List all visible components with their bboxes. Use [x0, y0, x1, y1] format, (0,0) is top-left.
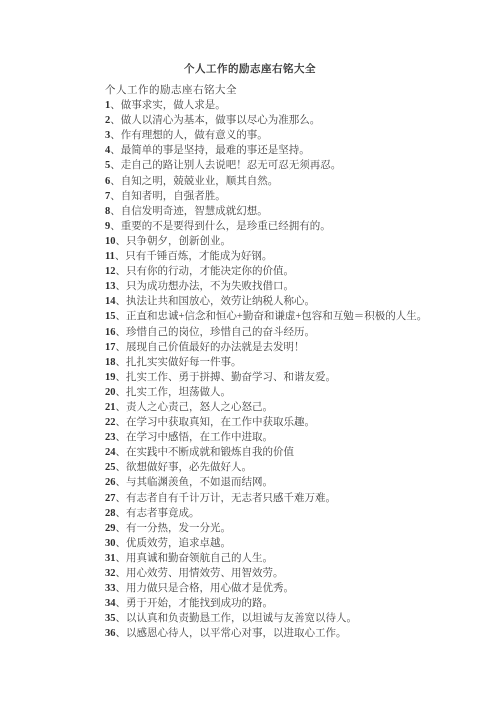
list-item: 32、用心效劳、用情效劳、用智效劳。 [105, 566, 485, 581]
item-text: 用力做只是合格，用心做才是优秀。 [126, 583, 294, 594]
item-number: 30 [105, 538, 116, 549]
item-text: 欲想做好事，必先做好人。 [126, 462, 252, 473]
item-text: 在学习中感悟，在工作中进取。 [126, 432, 273, 443]
item-number: 14 [105, 296, 116, 307]
item-text: 珍惜自己的岗位，珍惜自己的奋斗经历。 [126, 327, 315, 338]
list-item: 14、执法让共和国放心，效劳让纳税人称心。 [105, 294, 485, 309]
item-text: 扎实工作、勇于拼搏、勤奋学习、和谐友爱。 [126, 372, 336, 383]
list-item: 36、以感恩心待人，以平常心对事，以进取心工作。 [105, 626, 485, 641]
item-separator: 、 [116, 508, 127, 519]
list-item: 26、与其临渊羡鱼，不如退而结网。 [105, 475, 485, 490]
item-separator: 、 [110, 100, 121, 111]
item-separator: 、 [116, 266, 127, 277]
list-item: 9、重要的不是要得到什么，是珍重已经拥有的。 [105, 219, 485, 234]
item-text: 只争朝夕，创新创业。 [126, 236, 231, 247]
item-number: 13 [105, 281, 116, 292]
item-text: 在实践中不断成就和锻炼自我的价值 [126, 447, 294, 458]
item-text: 正直和忠诚+信念和恒心+勤奋和谦虚+包容和互勉＝积极的人生。 [126, 311, 427, 322]
item-separator: 、 [116, 538, 127, 549]
item-separator: 、 [116, 568, 127, 579]
item-text: 走自己的路让别人去说吧！忍无可忍无须再忍。 [121, 160, 342, 171]
list-item: 27、有志者自有千计万计，无志者只感千难万难。 [105, 491, 485, 506]
item-text: 勇于开始，才能找到成功的路。 [126, 598, 273, 609]
item-separator: 、 [116, 493, 127, 504]
item-number: 15 [105, 311, 116, 322]
item-separator: 、 [116, 462, 127, 473]
item-number: 24 [105, 447, 116, 458]
item-separator: 、 [116, 613, 127, 624]
item-separator: 、 [116, 296, 127, 307]
item-text: 与其临渊羡鱼，不如退而结网。 [126, 477, 273, 488]
item-text: 责人之心责己，怒人之心怒己。 [126, 402, 273, 413]
item-separator: 、 [116, 432, 127, 443]
item-number: 12 [105, 266, 116, 277]
item-separator: 、 [116, 357, 127, 368]
item-separator: 、 [115, 251, 126, 262]
list-item: 16、珍惜自己的岗位，珍惜自己的奋斗经历。 [105, 325, 485, 340]
list-item: 24、在实践中不断成就和锻炼自我的价值 [105, 445, 485, 460]
item-separator: 、 [116, 387, 127, 398]
list-item: 12、只有你的行动，才能决定你的价值。 [105, 264, 485, 279]
item-separator: 、 [116, 447, 127, 458]
item-text: 用心效劳、用情效劳、用智效劳。 [126, 568, 284, 579]
item-number: 17 [105, 342, 116, 353]
item-separator: 、 [116, 417, 127, 428]
list-item: 25、欲想做好事，必先做好人。 [105, 460, 485, 475]
list-item: 13、只为成功想办法，不为失败找借口。 [105, 279, 485, 294]
item-text: 以感恩心待人，以平常心对事，以进取心工作。 [126, 628, 347, 639]
item-number: 21 [105, 402, 116, 413]
item-separator: 、 [116, 281, 127, 292]
item-separator: 、 [110, 130, 121, 141]
item-separator: 、 [116, 311, 127, 322]
item-number: 32 [105, 568, 116, 579]
list-item: 15、正直和忠诚+信念和恒心+勤奋和谦虚+包容和互勉＝积极的人生。 [105, 309, 485, 324]
document-page: 个人工作的励志座右铭大全 个人工作的励志座右铭大全 1、做事求实，做人求是。2、… [0, 0, 500, 708]
item-text: 作有理想的人，做有意义的事。 [121, 130, 268, 141]
list-item: 19、扎实工作、勇于拼搏、勤奋学习、和谐友爱。 [105, 370, 485, 385]
list-item: 33、用力做只是合格，用心做才是优秀。 [105, 581, 485, 596]
item-number: 28 [105, 508, 116, 519]
item-text: 优质效劳，追求卓越。 [126, 538, 231, 549]
list-item: 31、用真诚和勤奋领航自己的人生。 [105, 551, 485, 566]
item-text: 有志者自有千计万计，无志者只感千难万难。 [126, 493, 336, 504]
list-item: 1、做事求实，做人求是。 [105, 98, 485, 113]
item-number: 23 [105, 432, 116, 443]
item-number: 31 [105, 553, 116, 564]
list-item: 30、优质效劳，追求卓越。 [105, 536, 485, 551]
item-number: 20 [105, 387, 116, 398]
list-item: 34、勇于开始，才能找到成功的路。 [105, 596, 485, 611]
page-title: 个人工作的励志座右铭大全 [0, 61, 500, 76]
item-number: 29 [105, 523, 116, 534]
item-number: 22 [105, 417, 116, 428]
item-separator: 、 [116, 553, 127, 564]
item-separator: 、 [116, 598, 127, 609]
item-text: 用真诚和勤奋领航自己的人生。 [126, 553, 273, 564]
list-item: 35、以认真和负责勤恳工作，以坦诚与友善宽以待人。 [105, 611, 485, 626]
item-text: 只有你的行动，才能决定你的价值。 [126, 266, 294, 277]
list-heading: 个人工作的励志座右铭大全 [105, 83, 485, 98]
item-separator: 、 [116, 477, 127, 488]
item-separator: 、 [110, 221, 121, 232]
item-separator: 、 [116, 583, 127, 594]
item-number: 26 [105, 477, 116, 488]
list-item: 5、走自己的路让别人去说吧！忍无可忍无须再忍。 [105, 158, 485, 173]
item-separator: 、 [110, 160, 121, 171]
item-number: 35 [105, 613, 116, 624]
motto-content: 个人工作的励志座右铭大全 1、做事求实，做人求是。2、做人以清心为基本，做事以尽… [105, 83, 485, 641]
item-separator: 、 [110, 191, 121, 202]
item-text: 做人以清心为基本，做事以尽心为准那么。 [121, 115, 321, 126]
item-number: 36 [105, 628, 116, 639]
item-text: 重要的不是要得到什么，是珍重已经拥有的。 [121, 221, 331, 232]
list-item: 28、有志者事竟成。 [105, 506, 485, 521]
list-item: 18、扎扎实实做好每一件事。 [105, 355, 485, 370]
list-item: 20、扎实工作，坦荡做人。 [105, 385, 485, 400]
item-separator: 、 [110, 176, 121, 187]
list-item: 17、展现自己价值最好的办法就是去发明！ [105, 340, 485, 355]
motto-list: 1、做事求实，做人求是。2、做人以清心为基本，做事以尽心为准那么。3、作有理想的… [105, 98, 485, 641]
item-number: 16 [105, 327, 116, 338]
item-text: 只为成功想办法，不为失败找借口。 [126, 281, 294, 292]
item-text: 展现自己价值最好的办法就是去发明！ [126, 342, 305, 353]
item-number: 10 [105, 236, 116, 247]
list-item: 6、自知之明，兢兢业业，顺其自然。 [105, 174, 485, 189]
list-item: 29、有一分热，发一分光。 [105, 521, 485, 536]
item-number: 18 [105, 357, 116, 368]
list-item: 2、做人以清心为基本，做事以尽心为准那么。 [105, 113, 485, 128]
item-number: 27 [105, 493, 116, 504]
item-text: 自信发明奇迹，智慧成就幻想。 [121, 206, 268, 217]
list-item: 7、自知者明，自强者胜。 [105, 189, 485, 204]
item-text: 在学习中获取真知，在工作中获取乐趣。 [126, 417, 315, 428]
item-text: 有志者事竟成。 [126, 508, 200, 519]
item-number: 11 [105, 251, 115, 262]
list-item: 8、自信发明奇迹，智慧成就幻想。 [105, 204, 485, 219]
list-item: 22、在学习中获取真知，在工作中获取乐趣。 [105, 415, 485, 430]
item-separator: 、 [116, 236, 127, 247]
item-number: 19 [105, 372, 116, 383]
item-separator: 、 [116, 402, 127, 413]
item-text: 最简单的事是坚持，最难的事还是坚持。 [121, 145, 310, 156]
list-item: 4、最简单的事是坚持，最难的事还是坚持。 [105, 143, 485, 158]
item-separator: 、 [116, 523, 127, 534]
item-separator: 、 [116, 327, 127, 338]
item-text: 自知者明，自强者胜。 [121, 191, 226, 202]
list-item: 11、只有千锤百炼，才能成为好钢。 [105, 249, 485, 264]
item-separator: 、 [110, 115, 121, 126]
item-text: 执法让共和国放心，效劳让纳税人称心。 [126, 296, 315, 307]
item-separator: 、 [110, 145, 121, 156]
list-item: 21、责人之心责己，怒人之心怒己。 [105, 400, 485, 415]
list-item: 10、只争朝夕，创新创业。 [105, 234, 485, 249]
item-number: 33 [105, 583, 116, 594]
item-text: 自知之明，兢兢业业，顺其自然。 [121, 176, 279, 187]
item-separator: 、 [116, 372, 127, 383]
item-text: 有一分热，发一分光。 [126, 523, 231, 534]
item-separator: 、 [116, 628, 127, 639]
item-text: 只有千锤百炼，才能成为好钢。 [125, 251, 272, 262]
list-item: 23、在学习中感悟，在工作中进取。 [105, 430, 485, 445]
item-text: 做事求实，做人求是。 [121, 100, 226, 111]
item-text: 以认真和负责勤恳工作，以坦诚与友善宽以待人。 [126, 613, 357, 624]
item-separator: 、 [116, 342, 127, 353]
item-number: 25 [105, 462, 116, 473]
item-text: 扎扎实实做好每一件事。 [126, 357, 242, 368]
item-number: 34 [105, 598, 116, 609]
item-text: 扎实工作，坦荡做人。 [126, 387, 231, 398]
list-item: 3、作有理想的人，做有意义的事。 [105, 128, 485, 143]
item-separator: 、 [110, 206, 121, 217]
